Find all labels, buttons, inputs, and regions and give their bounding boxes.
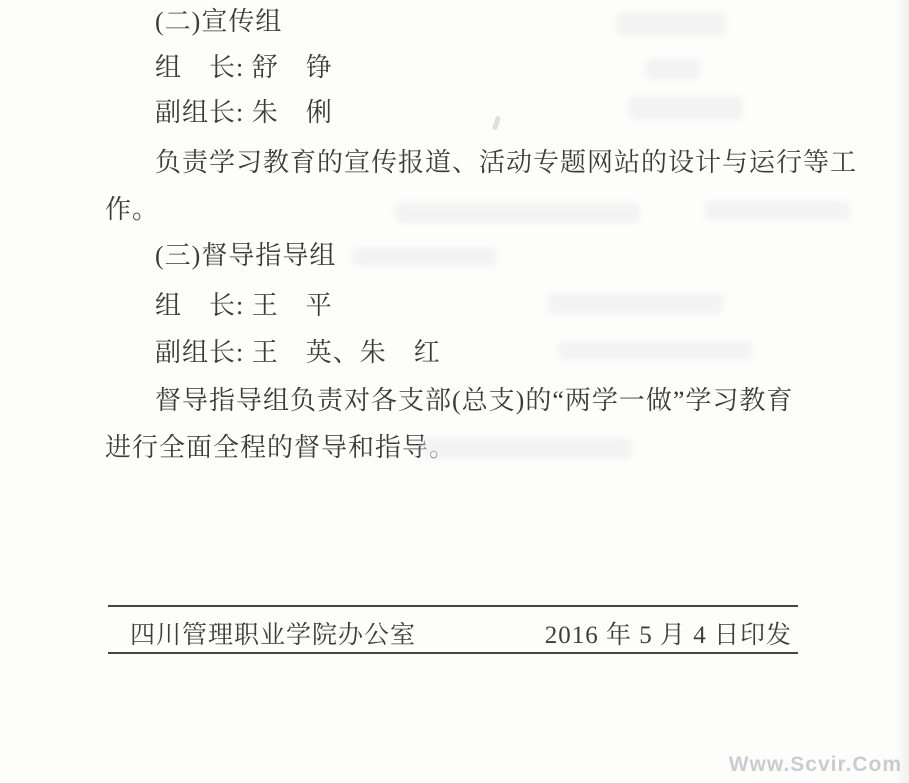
group-leader-line: 组 长: 王 平 <box>155 290 333 322</box>
scan-edge-shadow <box>895 0 909 783</box>
footer-print-date: 2016 年 5 月 4 日印发 <box>545 615 792 651</box>
watermark: Www.Scvir.Com <box>729 753 902 777</box>
footer-rule-top <box>108 605 798 607</box>
bleedthrough-smudge <box>548 293 723 314</box>
scanned-document-page: (二)宣传组 组 长: 舒 铮 副组长: 朱 俐 负责学习教育的宣传报道、活动专… <box>0 0 909 783</box>
bleedthrough-smudge <box>645 58 700 80</box>
bleedthrough-smudge <box>705 201 850 220</box>
bleedthrough-smudge <box>558 341 753 360</box>
section-heading-2: (二)宣传组 <box>155 6 282 38</box>
footer-rule-bottom <box>108 652 798 654</box>
paragraph-line: 进行全面全程的督导和指导。 <box>105 432 456 464</box>
bleedthrough-smudge <box>352 247 497 266</box>
footer-issuer: 四川管理职业学院办公室 <box>130 615 416 651</box>
paragraph-line: 督导指导组负责对各支部(总支)的“两学一做”学习教育 <box>155 385 793 417</box>
paragraph-line: 作。 <box>105 194 159 226</box>
bleedthrough-smudge <box>395 203 640 223</box>
deputy-leader-line: 副组长: 朱 俐 <box>155 97 333 129</box>
bleedthrough-smudge <box>615 12 725 36</box>
bleedthrough-smudge <box>628 96 743 120</box>
section-heading-3: (三)督导指导组 <box>155 240 336 272</box>
ink-speck <box>492 116 501 131</box>
paragraph-line: 负责学习教育的宣传报道、活动专题网站的设计与运行等工 <box>155 147 857 179</box>
group-leader-line: 组 长: 舒 铮 <box>155 52 333 84</box>
deputy-leader-line: 副组长: 王 英、朱 红 <box>155 337 441 369</box>
